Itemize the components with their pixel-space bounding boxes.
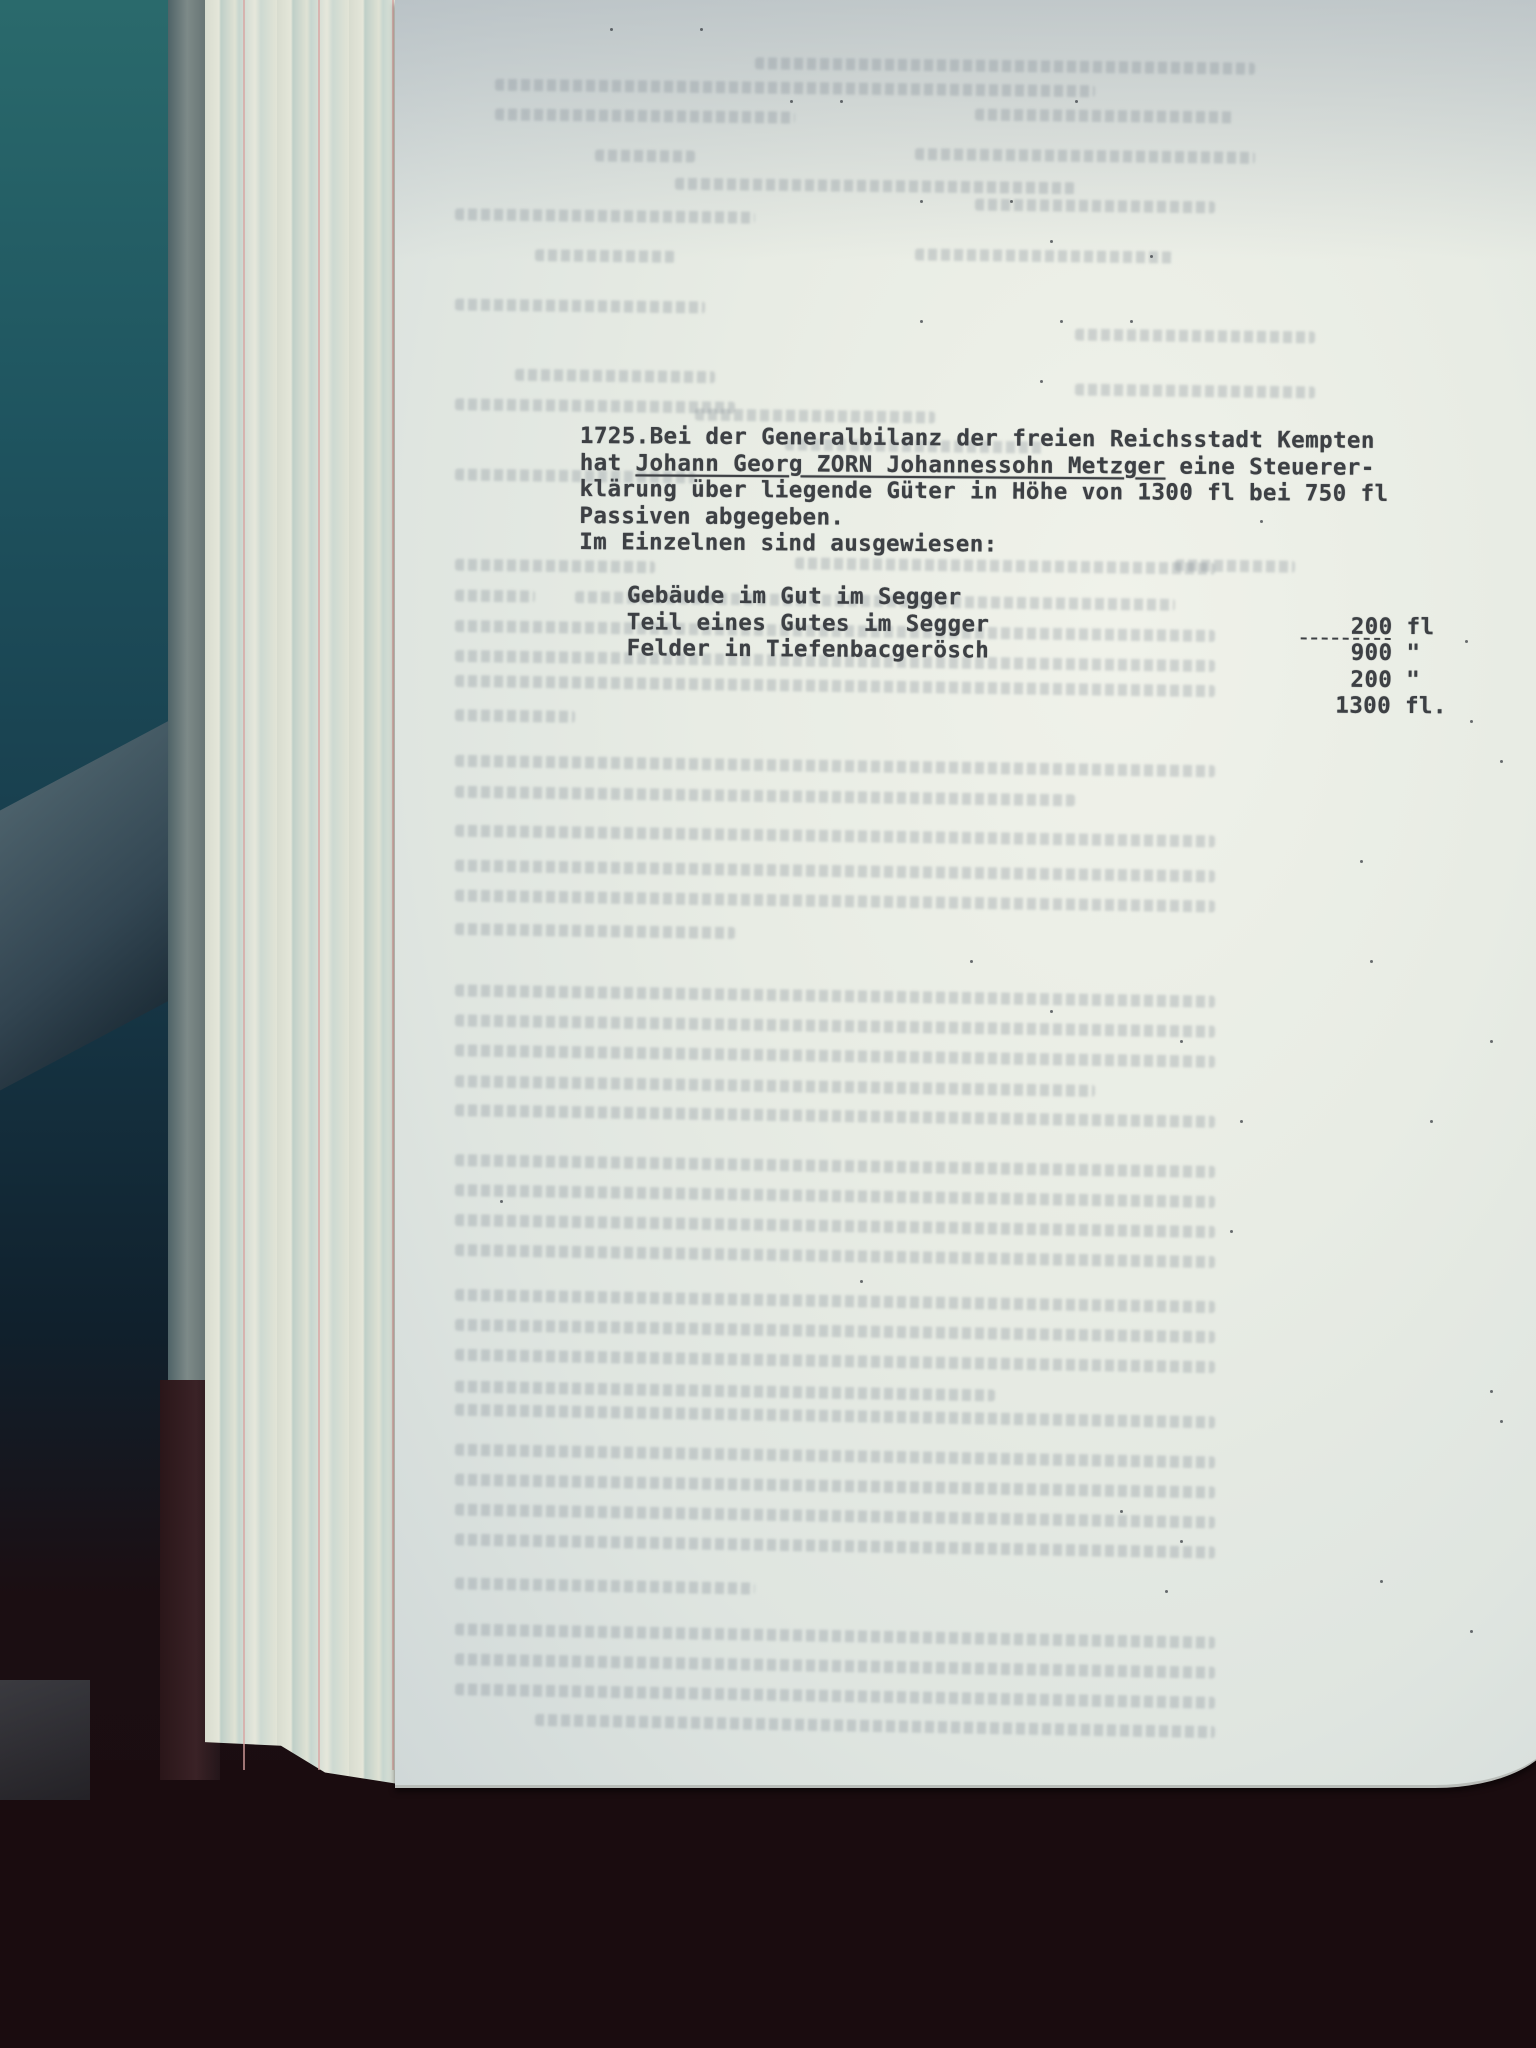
bleed-through-line [455,1154,1215,1178]
ink-speck [1370,960,1373,963]
ink-speck [1380,1580,1383,1583]
ink-speck [1260,520,1263,523]
total-amount: 1300 fl. [1335,693,1447,720]
bleed-through-line [455,860,1215,883]
page-edge-line [243,0,245,1770]
bleed-through-line [495,108,795,123]
bleed-through-line [535,249,675,263]
bleed-through-line [595,149,695,162]
bleed-through-line [915,248,1175,263]
bleed-through-line [455,675,1215,697]
bleed-through-line [535,1714,1215,1738]
ink-speck [1060,320,1063,323]
bleed-through-line [455,1653,1215,1678]
ink-speck [1040,380,1043,383]
ink-speck [1050,240,1053,243]
ink-speck [1430,1120,1433,1123]
desk-surface [0,1760,1536,2048]
ink-speck [610,28,613,31]
bleed-through-line [455,825,1215,848]
page-stack-edges [205,0,405,1785]
ink-speck [790,100,793,103]
asset-amount: 200 " [1350,666,1420,693]
ink-speck [500,1200,503,1203]
ink-speck [1500,760,1503,763]
bleed-through-line [455,890,1215,913]
bleed-through-line [455,1533,1215,1558]
ink-speck [1490,1390,1493,1393]
bleed-through-line [915,148,1255,164]
bleed-through-line [455,1184,1215,1208]
bleed-through-line [455,1444,1215,1469]
ink-speck [1165,1590,1168,1593]
bleed-through-line [1075,384,1315,399]
ink-speck [1360,860,1363,863]
bleed-through-line [455,208,755,223]
bleed-through-line [455,1683,1215,1709]
bleed-through-line [455,984,1215,1007]
bleed-through-line [455,1349,1215,1373]
ink-speck [1490,1040,1493,1043]
ink-speck [970,960,973,963]
ink-speck [1470,1630,1473,1633]
bleed-through-line [495,79,1095,97]
bleed-through-line [455,1404,1215,1429]
bleed-through-line [675,178,1075,195]
typed-entry: 1725.Bei der Generalbilanz der freien Re… [579,423,1530,667]
bleed-through-line [455,1075,1095,1097]
background-object [0,1680,90,1800]
bleed-through-line [975,109,1235,124]
bleed-through-line [455,1623,1215,1648]
ink-speck [860,1280,863,1283]
ink-speck [1230,1230,1233,1233]
bleed-through-line [455,755,1215,777]
bleed-through-line [455,589,535,602]
ink-speck [1470,720,1473,723]
bleed-through-line [455,709,575,723]
ink-speck [920,200,923,203]
ink-speck [1465,640,1468,643]
ink-speck [1500,1420,1503,1423]
ink-speck [1240,1120,1243,1123]
bleed-through-line [455,1577,755,1594]
bleed-through-line [455,1474,1215,1499]
bleed-through-line [455,1319,1215,1343]
bleed-through-line [515,369,715,383]
person-name: Johann Georg ZORN Johannessohn Metzger [635,450,1165,479]
bleed-through-line [455,1244,1215,1268]
ink-speck [1180,1040,1183,1043]
bleed-through-line [455,1014,1215,1037]
ink-speck [1120,1510,1123,1513]
ink-speck [1180,1540,1183,1543]
ink-speck [1130,320,1133,323]
asset-list: Gebäude im Gut im Segger 200 fl Teil ein… [579,555,1530,667]
ink-speck [840,100,843,103]
bleed-through-text [395,0,1536,1785]
bleed-through-line [755,57,1255,74]
photo-scene: 1725.Bei der Generalbilanz der freien Re… [0,0,1536,2048]
bleed-through-line [455,299,705,314]
bleed-through-line [455,786,1075,807]
ink-speck [1380,620,1383,623]
bleed-through-line [1075,329,1315,344]
bleed-through-line [455,1104,1215,1128]
bleed-through-line [455,1504,1215,1529]
page-edge-line [318,0,320,1770]
ink-speck [1010,200,1013,203]
ink-speck [1075,100,1078,103]
bleed-through-line [455,1289,1215,1313]
bleed-through-line [455,923,735,939]
bleed-through-line [455,398,735,413]
ink-speck [1050,1010,1053,1013]
bleed-through-line [695,409,935,424]
ink-speck [700,28,703,31]
page-edge-line [392,0,394,1770]
ink-speck [1150,255,1153,258]
bleed-through-line [455,1381,995,1402]
bleed-through-line [455,1044,1215,1067]
document-page [395,0,1536,1788]
bleed-through-line [455,1214,1215,1238]
sum-rule [1301,637,1391,640]
background-object [0,709,190,1090]
ink-speck [920,320,923,323]
